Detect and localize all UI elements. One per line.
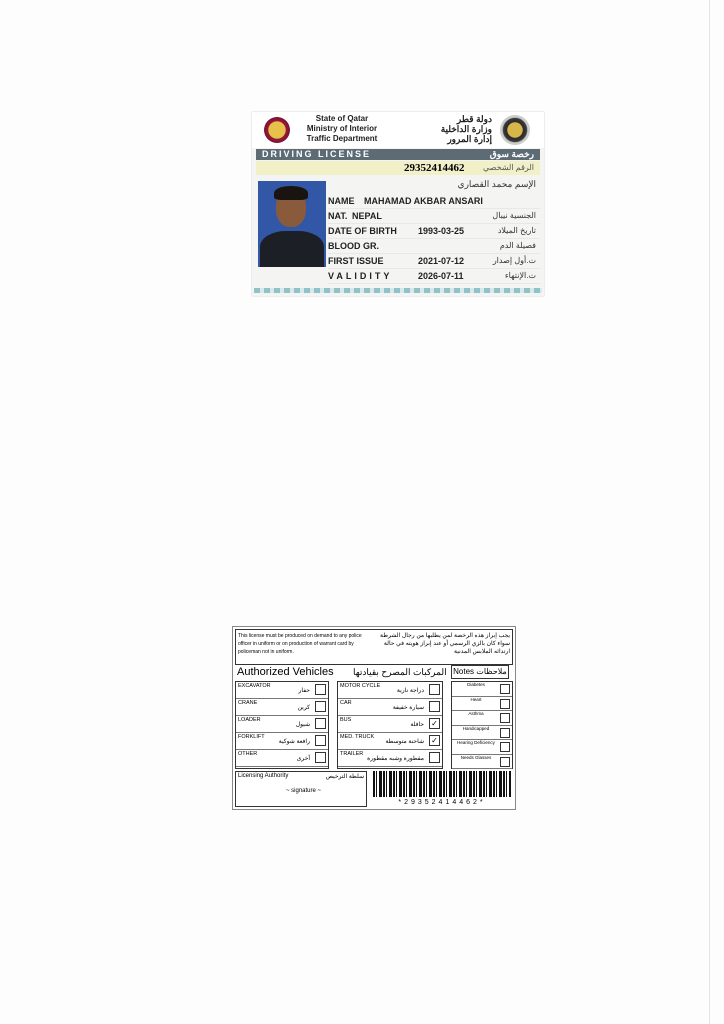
license-back: This license must be produced on demand … bbox=[232, 626, 516, 810]
vehicle-checkbox[interactable]: ✓ bbox=[429, 735, 440, 746]
licensing-ar: سلطة الترخيص bbox=[326, 773, 364, 780]
field-label: VALIDITY bbox=[328, 269, 392, 283]
header-line: State of Qatar bbox=[302, 114, 382, 124]
vehicle-item: FORKLIFTرافعة شوكية bbox=[236, 733, 328, 750]
note-label: Hearing Deficiency bbox=[457, 740, 495, 745]
vehicle-en: CRANE bbox=[238, 700, 257, 706]
vehicle-en: BUS bbox=[340, 717, 351, 723]
field-label-ar: ت.أول إصدار bbox=[493, 254, 536, 268]
field-label-ar: الجنسية نيبال bbox=[492, 209, 536, 223]
note-label: Handicapped bbox=[463, 726, 490, 731]
field-row: NAMEMAHAMAD AKBAR ANSARI bbox=[328, 194, 540, 209]
field-label: BLOOD GR. bbox=[328, 239, 379, 253]
security-stripe bbox=[254, 288, 542, 293]
photo-hair bbox=[274, 186, 308, 200]
page-edge bbox=[709, 0, 710, 1024]
note-checkbox[interactable] bbox=[500, 699, 510, 709]
field-value: MAHAMAD AKBAR ANSARI bbox=[364, 194, 483, 208]
note-item: Needs Glasses bbox=[452, 755, 512, 770]
vehicles-right-column: MOTOR CYCLEدراجة ناريةCARسيارة خفيفةBUSح… bbox=[337, 681, 443, 769]
warning-box: This license must be produced on demand … bbox=[235, 629, 513, 665]
field-label: DATE OF BIRTH bbox=[328, 224, 397, 238]
field-row: VALIDITY2026-07-11ت.الإنتهاء bbox=[328, 269, 540, 284]
warning-ar: يجب إبراز هذه الرخصة لمن يطلبها من رجال … bbox=[380, 632, 510, 656]
personal-number: 29352414462 bbox=[404, 161, 465, 175]
notes-column: DiabetesHeartAsthmaHandicappedHearing De… bbox=[451, 681, 513, 769]
gcc-emblem-icon bbox=[500, 115, 530, 145]
vehicle-checkbox[interactable] bbox=[315, 701, 326, 712]
vehicle-en: OTHER bbox=[238, 751, 257, 757]
field-row: DATE OF BIRTH1993-03-25تاريخ الميلاد bbox=[328, 224, 540, 239]
note-checkbox[interactable] bbox=[500, 742, 510, 752]
note-checkbox[interactable] bbox=[500, 684, 510, 694]
vehicle-item: TRAILERمقطورة وشبه مقطورة bbox=[338, 750, 442, 767]
field-row: BLOOD GR.فصيلة الدم bbox=[328, 239, 540, 254]
vehicle-checkbox[interactable] bbox=[315, 752, 326, 763]
license-front: State of Qatar Ministry of Interior Traf… bbox=[252, 112, 544, 296]
field-row: FIRST ISSUE2021-07-12ت.أول إصدار bbox=[328, 254, 540, 269]
note-label: Asthma bbox=[468, 711, 483, 716]
field-label: NAME bbox=[328, 194, 355, 208]
header-english: State of Qatar Ministry of Interior Traf… bbox=[302, 114, 382, 144]
title-ar: رخصة سوق bbox=[490, 149, 534, 160]
vehicle-checkbox[interactable] bbox=[429, 684, 440, 695]
header-line: Traffic Department bbox=[302, 134, 382, 144]
vehicle-ar: حفار bbox=[299, 687, 310, 695]
header-line: وزارة الداخلية bbox=[441, 124, 492, 134]
vehicle-ar: حافلة bbox=[410, 721, 424, 729]
header-line: دولة قطر bbox=[441, 114, 492, 124]
signature: ~ signature ~ bbox=[286, 788, 321, 794]
field-value: 2026-07-11 bbox=[418, 269, 464, 283]
card-header: State of Qatar Ministry of Interior Traf… bbox=[252, 112, 544, 148]
header-arabic: دولة قطر وزارة الداخلية إدارة المرور bbox=[441, 114, 492, 144]
vehicle-ar: شيول bbox=[296, 721, 310, 729]
vehicle-ar: كرين bbox=[298, 704, 310, 712]
vehicles-left-column: EXCAVATORحفارCRANEكرينLOADERشيولFORKLIFT… bbox=[235, 681, 329, 769]
field-label: FIRST ISSUE bbox=[328, 254, 384, 268]
vehicle-checkbox[interactable] bbox=[429, 752, 440, 763]
vehicle-ar: مقطورة وشبه مقطورة bbox=[367, 755, 424, 763]
vehicle-en: MOTOR CYCLE bbox=[340, 683, 380, 689]
authorized-ar: المركبات المصرح بقيادتها bbox=[353, 665, 447, 679]
note-item: Hearing Deficiency bbox=[452, 740, 512, 755]
field-label-ar: فصيلة الدم bbox=[500, 239, 536, 253]
photo-body bbox=[260, 231, 324, 267]
vehicle-item: MOTOR CYCLEدراجة نارية bbox=[338, 682, 442, 699]
warning-en: This license must be produced on demand … bbox=[238, 632, 368, 656]
vehicle-checkbox[interactable]: ✓ bbox=[429, 718, 440, 729]
vehicle-checkbox[interactable] bbox=[315, 684, 326, 695]
licensing-en: Licensing Authority bbox=[238, 773, 288, 779]
note-label: Diabetes bbox=[467, 682, 485, 687]
note-checkbox[interactable] bbox=[500, 757, 510, 767]
vehicle-ar: رافعة شوكية bbox=[279, 738, 310, 746]
field-row: NAT.NEPALالجنسية نيبال bbox=[328, 209, 540, 224]
field-value: 2021-07-12 bbox=[418, 254, 464, 268]
title-en: DRIVING LICENSE bbox=[262, 149, 371, 160]
barcode-text: *29352414462* bbox=[373, 799, 511, 806]
personal-number-row: 29352414462 الرقم الشخصي bbox=[256, 161, 540, 175]
vehicle-checkbox[interactable] bbox=[429, 701, 440, 712]
notes-label: Notes ملاحظات bbox=[451, 665, 509, 679]
vehicle-en: FORKLIFT bbox=[238, 734, 265, 740]
note-label: Heart bbox=[470, 697, 481, 702]
vehicle-en: TRAILER bbox=[340, 751, 363, 757]
vehicle-ar: أخرى bbox=[297, 755, 310, 763]
qatar-emblem-icon bbox=[262, 115, 292, 145]
vehicle-ar: دراجة نارية bbox=[397, 687, 424, 695]
field-label-ar: تاريخ الميلاد bbox=[498, 224, 536, 238]
vehicle-ar: سيارة خفيفة bbox=[393, 704, 424, 712]
name-arabic: الإسم محمد القصاري bbox=[458, 179, 536, 190]
vehicle-en: LOADER bbox=[238, 717, 261, 723]
header-line: إدارة المرور bbox=[441, 134, 492, 144]
note-checkbox[interactable] bbox=[500, 713, 510, 723]
holder-photo bbox=[258, 181, 326, 267]
authorized-vehicles-header: Authorized Vehicles المركبات المصرح بقيا… bbox=[235, 665, 511, 679]
vehicle-item: BUSحافلة✓ bbox=[338, 716, 442, 733]
vehicle-item: CARسيارة خفيفة bbox=[338, 699, 442, 716]
field-label-ar: ت.الإنتهاء bbox=[505, 269, 536, 283]
header-line: Ministry of Interior bbox=[302, 124, 382, 134]
note-item: Heart bbox=[452, 697, 512, 712]
field-value: 1993-03-25 bbox=[418, 224, 464, 238]
vehicle-en: EXCAVATOR bbox=[238, 683, 271, 689]
note-item: Diabetes bbox=[452, 682, 512, 697]
vehicle-item: CRANEكرين bbox=[236, 699, 328, 716]
licensing-authority-box: Licensing Authority سلطة الترخيص ~ signa… bbox=[235, 771, 367, 807]
note-label: Needs Glasses bbox=[461, 755, 492, 760]
vehicle-en: MED. TRUCK bbox=[340, 734, 374, 740]
vehicle-item: MED. TRUCKشاحنة متوسطة✓ bbox=[338, 733, 442, 750]
field-label: NAT. bbox=[328, 209, 347, 223]
vehicle-item: EXCAVATORحفار bbox=[236, 682, 328, 699]
license-title-band: DRIVING LICENSE رخصة سوق bbox=[256, 149, 540, 160]
vehicle-checkbox[interactable] bbox=[315, 718, 326, 729]
vehicle-item: OTHERأخرى bbox=[236, 750, 328, 767]
authorized-en: Authorized Vehicles bbox=[237, 665, 334, 679]
note-checkbox[interactable] bbox=[500, 728, 510, 738]
note-item: Asthma bbox=[452, 711, 512, 726]
vehicle-item: LOADERشيول bbox=[236, 716, 328, 733]
vehicle-checkbox[interactable] bbox=[315, 735, 326, 746]
field-value: NEPAL bbox=[352, 209, 382, 223]
vehicle-en: CAR bbox=[340, 700, 352, 706]
personal-number-label: الرقم الشخصي bbox=[483, 161, 534, 175]
note-item: Handicapped bbox=[452, 726, 512, 741]
barcode bbox=[373, 771, 511, 797]
vehicle-ar: شاحنة متوسطة bbox=[385, 738, 424, 746]
